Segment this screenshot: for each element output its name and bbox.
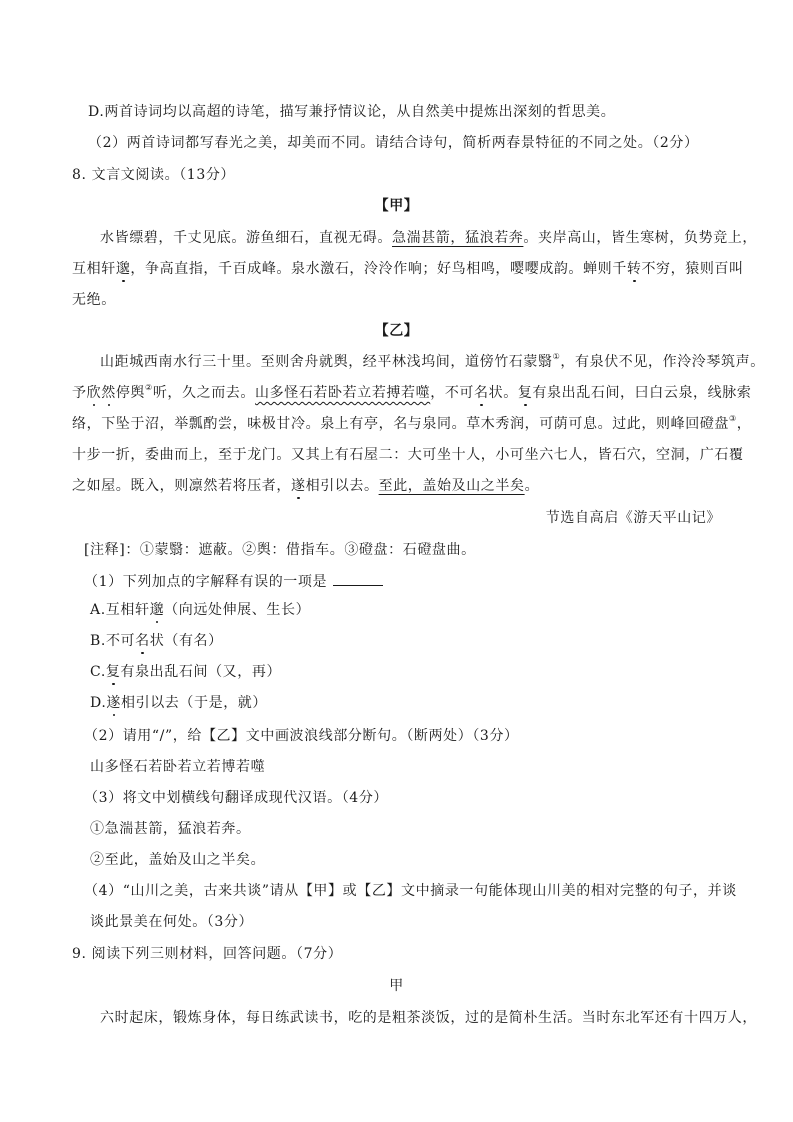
option-c: C.复有泉出乱石间（又，再） [90, 662, 793, 682]
sentence-to-punctuate: 山多怪石若卧若立若博若噬 [90, 757, 793, 777]
dotted-char: 邈 [116, 261, 131, 277]
q9-heading: 9. 阅读下列三则材料，回答问题。（7分） [72, 944, 793, 964]
passage-yi-line-3: 络，下坠于沼，举瓢酌尝，味极甘冷。泉上有亭，名与泉同。草木秀润，可荫可息。过此，… [72, 414, 793, 434]
passage-yi-line-5: 之如屋。既入，则凛然若将压者，遂相引以去。至此，盖始及山之半矣。 [72, 476, 793, 496]
dotted-char: 遂 [291, 478, 306, 494]
text: 有泉出乱石间，曰白云泉，线脉索 [532, 385, 751, 401]
text: 山距城西南水行三十里。至则舍舟就舆，经平林浅坞间，道傍竹石蒙翳 [100, 354, 553, 370]
option-a: A.互相轩邈（向远处伸展、生长） [90, 600, 793, 620]
text: 络，下坠于沼，举瓢酌尝，味极甘冷。泉上有亭，名与泉同。草木秀润，可荫可息。过此，… [72, 416, 729, 432]
material-jia-line-1: 六时起床，锻炼身体，每日练武读书，吃的是粗茶淡饭，过的是简朴生活。当时东北军还有… [100, 1008, 793, 1028]
q8-subquestion-2: （2）请用“/”，给【乙】文中画波浪线部分断句。（断两处）（3分） [84, 726, 793, 746]
q7-option-d: D.两首诗词均以高超的诗笔，描写兼抒情议论，从自然美中提炼出深刻的哲思美。 [88, 102, 793, 122]
option-b: B.不可名状（有名） [90, 631, 793, 651]
text: 予 [72, 385, 87, 401]
annotation: [注释]：①蒙翳：遮蔽。②舆：借指车。③磴盘：石磴盘曲。 [84, 540, 793, 560]
text: 。夹岸高山，皆生寒树，负势竞上， [523, 230, 757, 246]
material-jia-title: 甲 [0, 976, 793, 996]
text: ， [737, 416, 752, 432]
dotted-char: 然 [101, 385, 116, 401]
text: 听，久之而去。 [153, 385, 255, 401]
prompt: （1）下列加点的字解释有误的一项是 [84, 574, 327, 590]
dotted-char: 复 [518, 385, 533, 401]
dotted-char: 名 [474, 385, 489, 401]
text: D. [90, 695, 106, 711]
source-citation: 节选自高启《游天平山记》 [546, 508, 721, 528]
option-d: D.遂相引以去（于是，就） [90, 693, 793, 713]
dotted-char: 转 [627, 261, 642, 277]
passage-yi-line-1: 山距城西南水行三十里。至则舍舟就舆，经平林浅坞间，道傍竹石蒙翳①，有泉伏不见，作… [100, 352, 793, 372]
dotted-char: 遂 [106, 695, 121, 711]
q8-subquestion-1: （1）下列加点的字解释有误的一项是 [84, 571, 793, 592]
text: 相引以去。 [306, 478, 379, 494]
translate-item-1: ①急湍甚箭，猛浪若奔。 [90, 819, 793, 839]
passage-jia-line-3: 无绝。 [72, 290, 793, 310]
dotted-char: 复 [106, 664, 121, 680]
footnote-marker: ② [145, 383, 153, 392]
text: 。 [525, 478, 540, 494]
passage-yi-line-4: 十步一折，委曲而上，至于龙门。又其上有石屋二：大可坐十人，小可坐六七人，皆石穴，… [72, 445, 793, 465]
q8-subquestion-3: （3）将文中划横线句翻译成现代汉语。（4分） [84, 788, 793, 808]
text: 状（有名） [150, 633, 223, 649]
text: ，有泉伏不见，作泠泠琴筑声。 [560, 354, 764, 370]
text: 状。 [489, 385, 518, 401]
passage-yi-line-2: 予欣然停舆②听，久之而去。山多怪石若卧若立若搏若噬，不可名状。复有泉出乱石间，曰… [72, 383, 793, 403]
text: B.不可 [90, 633, 135, 649]
text: 互相轩 [72, 261, 116, 277]
text: ，不可 [430, 385, 474, 401]
text: 不穷，猿则百叫 [641, 261, 743, 277]
text: C. [90, 664, 106, 680]
text: ，争高直指，千百成峰。泉水激石，泠泠作响；好鸟相鸣，嘤嘤成韵。蝉则千 [130, 261, 626, 277]
passage-jia-title: 【甲】 [0, 196, 793, 216]
text: 有泉出乱石间（又，再） [120, 664, 281, 680]
passage-jia-line-1: 水皆缥碧，千丈见底。游鱼细石，直视无碍。急湍甚箭，猛浪若奔。夹岸高山，皆生寒树，… [100, 228, 793, 248]
text: （向远处伸展、生长） [164, 602, 310, 618]
dotted-char: 欣 [87, 385, 102, 401]
wavy-underlined-sentence: 山多怪石若卧若立若搏若噬 [255, 385, 430, 401]
translate-item-2: ②至此，盖始及山之半矣。 [90, 850, 793, 870]
text: 之如屋。既入，则凛然若将压者， [72, 478, 291, 494]
q7-subquestion-2: （2）两首诗词都写春光之美，却美而不同。请结合诗句，简析两春景特征的不同之处。（… [88, 133, 793, 153]
text: 水皆缥碧，千丈见底。游鱼细石，直视无碍。 [100, 230, 392, 246]
q8-heading: 8. 文言文阅读。（13分） [72, 165, 793, 185]
answer-blank[interactable] [333, 571, 383, 586]
passage-yi-title: 【乙】 [0, 321, 793, 341]
text: A.互相轩 [90, 602, 150, 618]
text: 相引以去（于是，就） [121, 695, 267, 711]
q8-subquestion-4-line-1: （4）“山川之美，古来共谈”请从【甲】或【乙】文中摘录一句能体现山川美的相对完整… [84, 881, 793, 901]
q8-subquestion-4-line-2: 谈此景美在何处。（3分） [90, 912, 793, 932]
footnote-marker: ③ [729, 414, 737, 423]
underlined-sentence: 急湍甚箭，猛浪若奔 [392, 230, 523, 246]
dotted-char: 名 [135, 633, 150, 649]
dotted-char: 邈 [150, 602, 165, 618]
underlined-sentence: 至此，盖始及山之半矣 [379, 478, 525, 494]
passage-jia-line-2: 互相轩邈，争高直指，千百成峰。泉水激石，泠泠作响；好鸟相鸣，嘤嘤成韵。蝉则千转不… [72, 259, 793, 279]
text: 停舆 [116, 385, 145, 401]
